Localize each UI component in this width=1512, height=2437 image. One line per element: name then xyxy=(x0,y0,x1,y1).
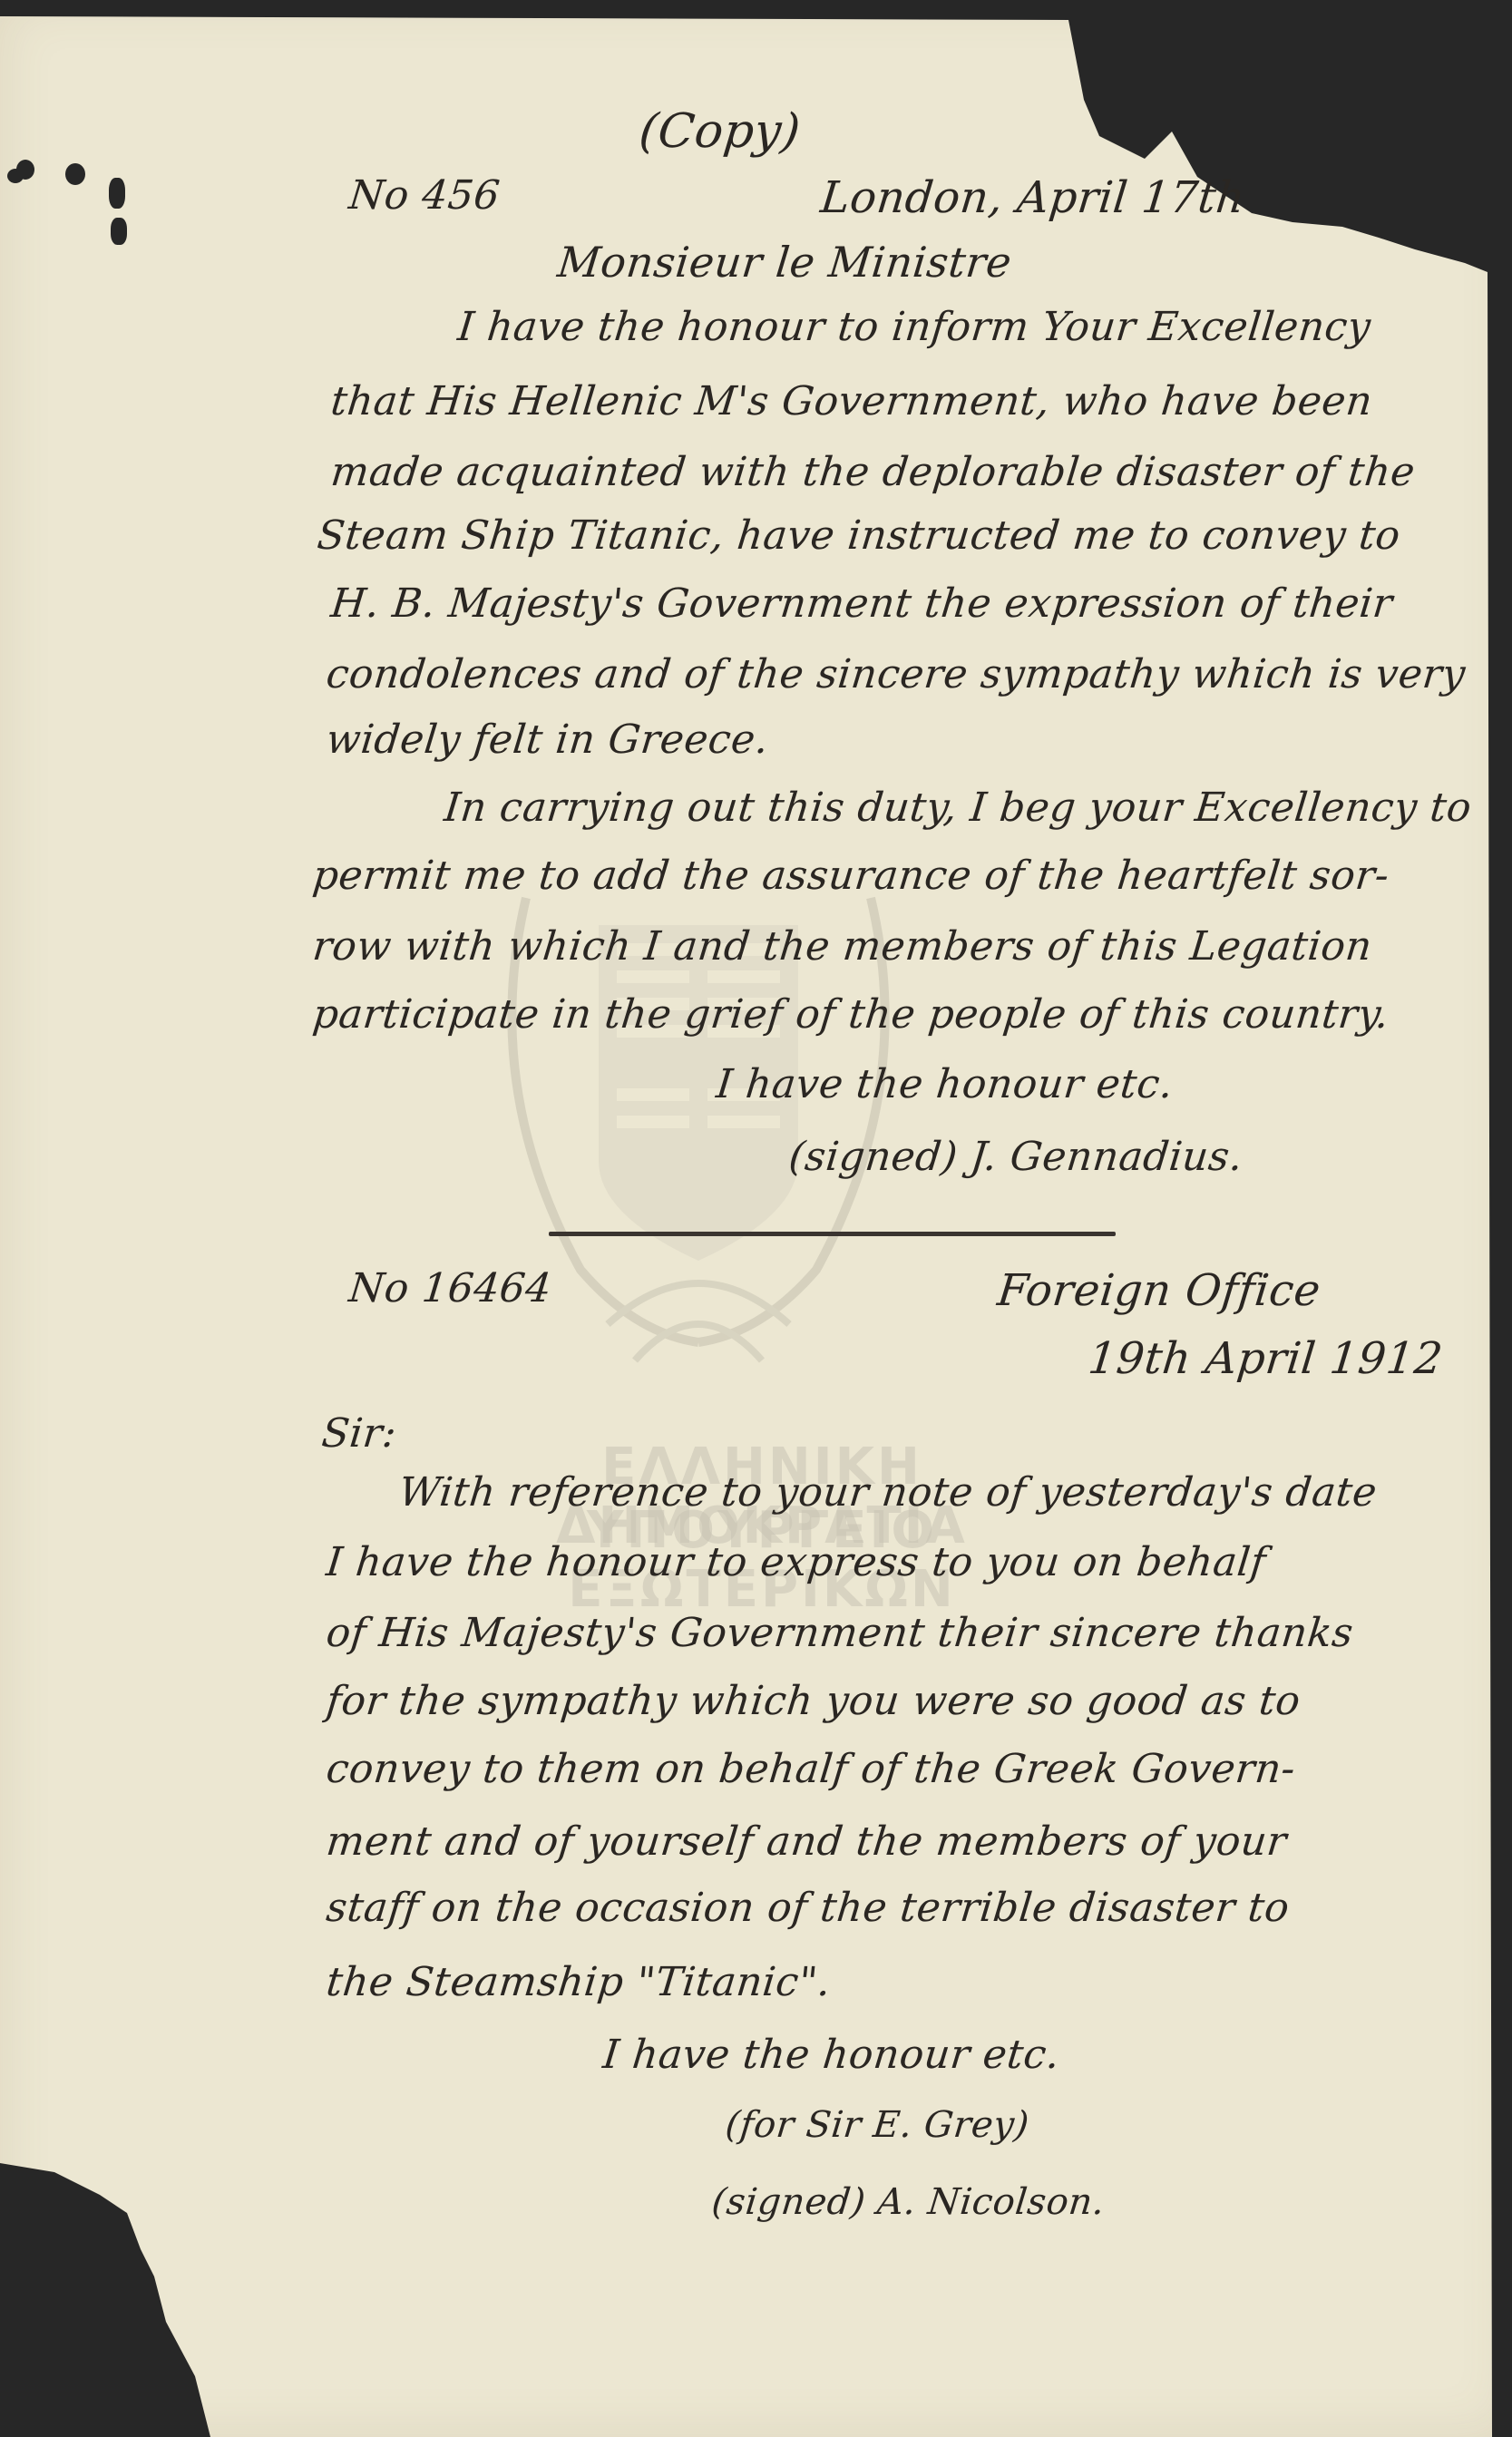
copy-heading: (Copy) xyxy=(637,104,804,159)
letter1-body-line: that His Hellenic M's Government, who ha… xyxy=(328,378,1374,424)
letter1-body-line: H. B. Majesty's Government the expressio… xyxy=(328,580,1395,627)
letter2-signature: (signed) A. Nicolson. xyxy=(710,2181,1107,2223)
letter2-salutation: Sir: xyxy=(319,1410,398,1457)
punch-hole xyxy=(16,160,34,180)
letter2-date: 19th April 1912 xyxy=(1086,1333,1445,1384)
letter2-place: Foreign Office xyxy=(995,1265,1323,1316)
letter1-body-line: condolences and of the sincere sympathy … xyxy=(324,651,1468,697)
letter2-closing: I have the honour etc. xyxy=(600,2032,1062,2078)
letter1-number: No 456 xyxy=(346,172,502,219)
letter1-body-line: Steam Ship Titanic, have instructed me t… xyxy=(315,512,1402,559)
letter2-body-line: for the sympathy which you were so good … xyxy=(324,1678,1302,1724)
letter1-body-line: I have the honour to inform Your Excelle… xyxy=(455,304,1373,350)
letter1-body-line: permit me to add the assurance of the he… xyxy=(310,853,1391,899)
letter2-for-line: (for Sir E. Grey) xyxy=(724,2104,1031,2146)
letter2-body-line: staff on the occasion of the terrible di… xyxy=(324,1885,1292,1931)
letter1-body-line: participate in the grief of the people o… xyxy=(310,991,1391,1038)
letter1-body-line: widely felt in Greece. xyxy=(324,716,771,763)
letter1-body-line: row with which I and the members of this… xyxy=(310,923,1374,970)
letter1-signature: (signed) J. Gennadius. xyxy=(786,1134,1244,1180)
letter2-body-line: convey to them on behalf of the Greek Go… xyxy=(324,1746,1297,1792)
letter2-body-line: of His Majesty's Government their sincer… xyxy=(324,1610,1355,1656)
letter2-number: No 16464 xyxy=(346,1265,553,1311)
letter2-body-line: With reference to your note of yesterday… xyxy=(396,1469,1379,1516)
letter2-body-line: ment and of yourself and the members of … xyxy=(324,1818,1289,1865)
letter2-body-line: the Steamship "Titanic". xyxy=(324,1959,833,2005)
letter2-body-line: I have the honour to express to you on b… xyxy=(324,1539,1268,1585)
punch-hole xyxy=(109,178,125,209)
letter1-place-date: London, April 17th xyxy=(818,172,1247,223)
punch-hole xyxy=(111,218,127,245)
letter1-closing: I have the honour etc. xyxy=(714,1061,1175,1107)
letter1-body-line: made acquainted with the deplorable disa… xyxy=(328,449,1417,495)
section-divider xyxy=(549,1232,1116,1236)
punch-hole xyxy=(65,163,85,185)
letter1-body-line: In carrying out this duty, I beg your Ex… xyxy=(442,785,1473,831)
letter1-salutation: Monsieur le Ministre xyxy=(555,238,1014,287)
